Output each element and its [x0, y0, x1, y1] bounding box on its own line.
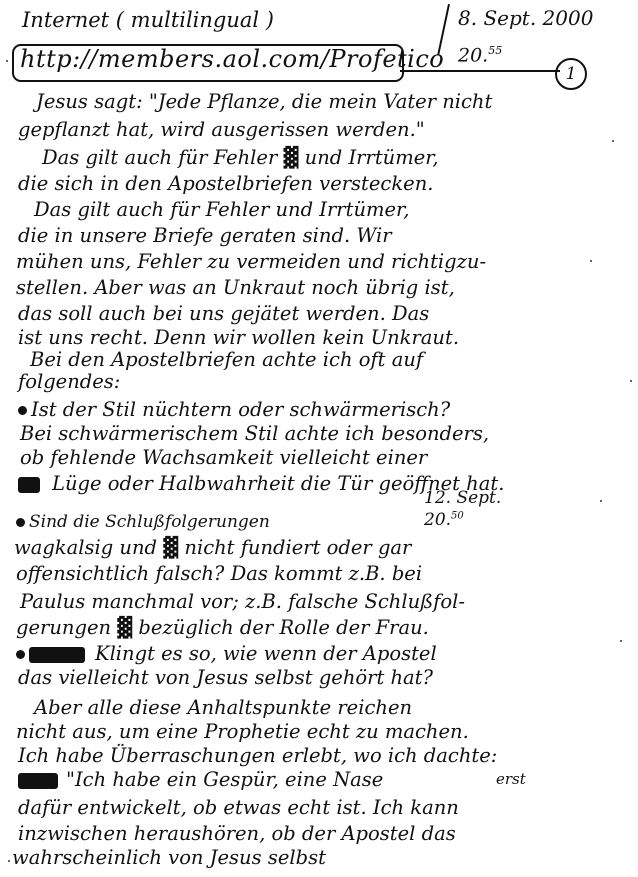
text-line: mühen uns, Fehler zu vermeiden und richt…	[16, 250, 486, 273]
header-time-min: 55	[488, 44, 502, 57]
text-line: die in unsere Briefe geraten sind. Wir	[18, 224, 392, 247]
text-line: nicht aus, um eine Prophetie echt zu mac…	[16, 720, 469, 743]
second-time: 20.50	[424, 510, 464, 530]
text-line: gepflanzt hat, wird ausgerissen werden."	[18, 118, 425, 141]
text-line: ob fehlende Wachsamkeit vielleicht einer	[20, 446, 427, 469]
text-line: das soll auch bei uns gejätet werden. Da…	[18, 302, 429, 325]
bullet-line: Sind die Schlußfolgerungen	[16, 512, 270, 532]
text-line: Jesus sagt: "Jede Pflanze, die mein Vate…	[36, 90, 492, 113]
text-line: folgendes:	[18, 370, 120, 393]
header-date: 8. Sept. 2000	[458, 6, 593, 30]
text-line: Ich habe Überraschungen erlebt, wo ich d…	[18, 744, 497, 767]
inserted-word: erst	[496, 770, 526, 788]
text-line: stellen. Aber was an Unkraut noch übrig …	[16, 276, 455, 299]
scan-speck	[8, 860, 10, 862]
second-time-hour: 20.	[424, 510, 451, 530]
connector-line	[400, 70, 560, 72]
text-line: Aber alle diese Anhaltspunkte reichen	[34, 696, 412, 719]
text-line: offensichtlich falsch? Das kommt z.B. be…	[16, 562, 422, 585]
text-line: ist uns recht. Denn wir wollen kein Unkr…	[18, 326, 459, 349]
second-date: 12. Sept.	[424, 488, 501, 508]
url-text: http://members.aol.com/Profetico	[20, 45, 444, 73]
text-line: Ist der Stil nüchtern oder schwärmerisch…	[31, 398, 450, 421]
header-time-hour: 20.	[458, 44, 488, 66]
bullet-icon	[16, 518, 25, 527]
scan-speck	[612, 140, 614, 142]
scan-speck	[600, 500, 602, 502]
bullet-line: Klingt es so, wie wenn der Apostel	[16, 642, 437, 665]
text-line: Paulus manchmal vor; z.B. falsche Schluß…	[20, 590, 465, 613]
text-line: Sind die Schlußfolgerungen	[29, 512, 270, 532]
scan-speck	[620, 640, 622, 642]
text-line: Klingt es so, wie wenn der Apostel	[95, 642, 437, 665]
text-line: wahrscheinlich von Jesus selbst	[12, 846, 326, 869]
text-line: Das gilt auch für Fehler ▓ und Irrtümer,	[42, 146, 439, 169]
header-title: Internet ( multilingual )	[22, 8, 274, 32]
bullet-line: Ist der Stil nüchtern oder schwärmerisch…	[18, 398, 450, 421]
scribble-mark	[29, 647, 85, 663]
text-line: Bei den Apostelbriefen achte ich oft auf	[30, 348, 423, 371]
text-line: dafür entwickelt, ob etwas echt ist. Ich…	[18, 796, 459, 819]
text-line: wagkalsig und ▓ nicht fundiert oder gar	[14, 536, 411, 559]
bullet-icon	[16, 650, 25, 659]
second-time-min: 50	[451, 510, 464, 521]
header-time: 20.55	[458, 44, 502, 66]
text-line: das vielleicht von Jesus selbst gehört h…	[18, 666, 433, 689]
text-line: Bei schwärmerischem Stil achte ich beson…	[20, 422, 489, 445]
text-line: gerungen ▓ bezüglich der Rolle der Frau.	[16, 616, 429, 639]
scan-speck	[590, 260, 592, 262]
scan-speck	[630, 380, 632, 382]
bullet-icon	[18, 406, 27, 415]
text-line: "Ich habe ein Gespür, eine Nase	[66, 768, 383, 791]
text-line: inzwischen heraushören, ob der Apostel d…	[18, 822, 456, 845]
scribble-mark	[18, 477, 40, 493]
scribble-mark	[18, 773, 58, 789]
text-line: Das gilt auch für Fehler und Irrtümer,	[34, 198, 409, 221]
crossed-line: "Ich habe ein Gespür, eine Nase	[18, 768, 383, 791]
text-line: die sich in den Apostelbriefen verstecke…	[18, 172, 433, 195]
scan-speck	[6, 60, 8, 62]
page-number: 1	[555, 58, 587, 90]
handwritten-page: Internet ( multilingual ) http://members…	[0, 0, 638, 877]
